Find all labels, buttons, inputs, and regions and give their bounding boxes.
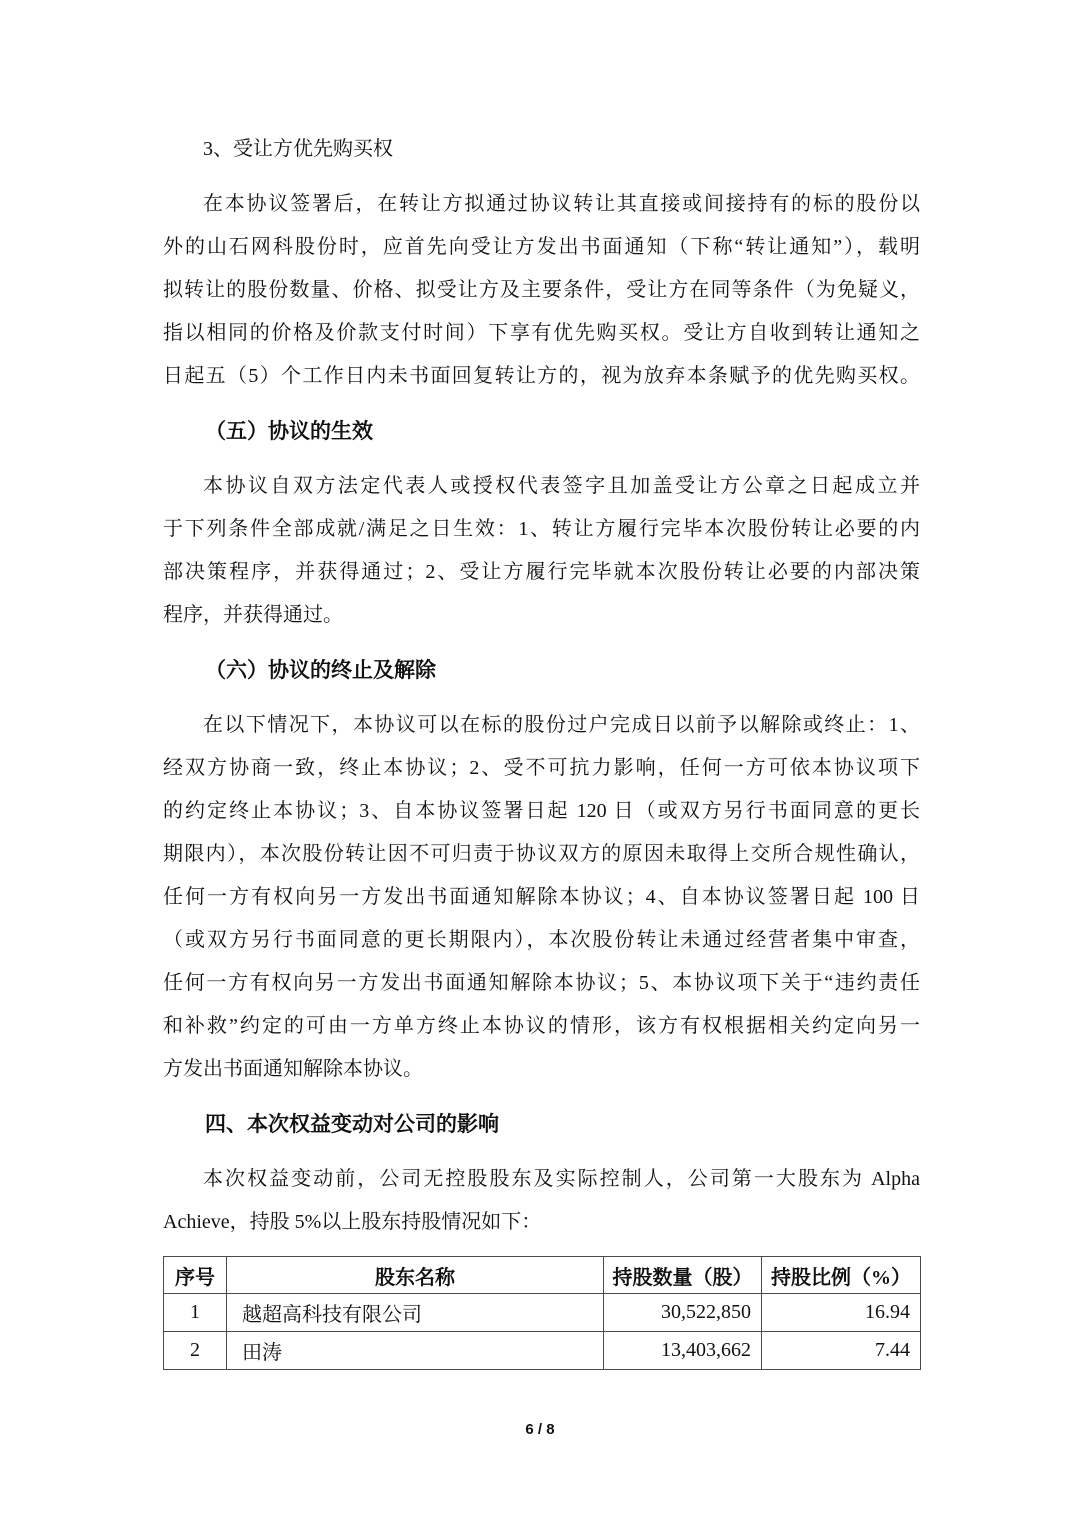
- text-line: 日起五（5）个工作日内未书面回复转让方的，视为放弃本条赋予的优先购买权。: [163, 355, 920, 398]
- text-line: 本次权益变动前，公司无控股股东及实际控制人，公司第一大股东为 Alpha: [163, 1158, 920, 1201]
- table-cell: 1: [164, 1294, 227, 1332]
- table-cell: 越超高科技有限公司: [227, 1294, 604, 1332]
- heading-equity-change-impact: 四、本次权益变动对公司的影响: [163, 1103, 920, 1146]
- paragraph-preemptive-right: 在本协议签署后，在转让方拟通过协议转让其直接或间接持有的标的股份以外的山石网科股…: [163, 183, 920, 398]
- paragraph-agreement-termination: 在以下情况下，本协议可以在标的股份过户完成日以前予以解除或终止：1、经双方协商一…: [163, 704, 920, 1091]
- table-header-index: 序号: [164, 1257, 227, 1294]
- table-row: 1越超高科技有限公司30,522,85016.94: [164, 1294, 921, 1332]
- shareholders-table: 序号 股东名称 持股数量（股） 持股比例（%） 1越超高科技有限公司30,522…: [163, 1256, 921, 1370]
- text-line: 部决策程序，并获得通过；2、受让方履行完毕就本次股份转让必要的内部决策: [163, 551, 920, 594]
- text-line: 在以下情况下，本协议可以在标的股份过户完成日以前予以解除或终止：1、: [163, 704, 920, 747]
- table-cell: 16.94: [762, 1294, 921, 1332]
- text-line: 于下列条件全部成就/满足之日生效：1、转让方履行完毕本次股份转让必要的内: [163, 508, 920, 551]
- text-line: 拟转让的股份数量、价格、拟受让方及主要条件，受让方在同等条件（为免疑义，: [163, 269, 920, 312]
- text-line: 方发出书面通知解除本协议。: [163, 1048, 920, 1091]
- page-number: 6 / 8: [0, 1420, 1080, 1440]
- subheading-preemptive-right: 3、受让方优先购买权: [163, 128, 920, 171]
- text-line: 经双方协商一致，终止本协议；2、受不可抗力影响，任何一方可依本协议项下: [163, 747, 920, 790]
- table-header-shares-held: 持股数量（股）: [604, 1257, 762, 1294]
- paragraph-agreement-effectiveness: 本协议自双方法定代表人或授权代表签字且加盖受让方公章之日起成立并于下列条件全部成…: [163, 465, 920, 637]
- table-header-row: 序号 股东名称 持股数量（股） 持股比例（%）: [164, 1257, 921, 1294]
- table-row: 2田涛13,403,6627.44: [164, 1332, 921, 1370]
- paragraph-equity-change-intro: 本次权益变动前，公司无控股股东及实际控制人，公司第一大股东为 AlphaAchi…: [163, 1158, 920, 1244]
- text-line: 期限内），本次股份转让因不可归责于协议双方的原因未取得上交所合规性确认，: [163, 833, 920, 876]
- page: { "doc": { "sub3_heading": "3、受让方优先购买权",…: [0, 0, 1080, 1529]
- text-line: 在本协议签署后，在转让方拟通过协议转让其直接或间接持有的标的股份以: [163, 183, 920, 226]
- text-line: 程序，并获得通过。: [163, 594, 920, 637]
- text-line: 的约定终止本协议；3、自本协议签署日起 120 日（或双方另行书面同意的更长: [163, 790, 920, 833]
- heading-agreement-effectiveness: （五）协议的生效: [163, 410, 920, 453]
- text-line: 指以相同的价格及价款支付时间）下享有优先购买权。受让方自收到转让通知之: [163, 312, 920, 355]
- text-line: 任何一方有权向另一方发出书面通知解除本协议；4、自本协议签署日起 100 日: [163, 876, 920, 919]
- text-line: 和补救”约定的可由一方单方终止本协议的情形，该方有权根据相关约定向另一: [163, 1005, 920, 1048]
- text-line: 本协议自双方法定代表人或授权代表签字且加盖受让方公章之日起成立并: [163, 465, 920, 508]
- table-header-shareholder-name: 股东名称: [227, 1257, 604, 1294]
- table-cell: 30,522,850: [604, 1294, 762, 1332]
- table-cell: 2: [164, 1332, 227, 1370]
- table-header-shareholding-ratio: 持股比例（%）: [762, 1257, 921, 1294]
- text-line: Achieve，持股 5%以上股东持股情况如下：: [163, 1201, 920, 1244]
- table-cell: 7.44: [762, 1332, 921, 1370]
- text-line: （或双方另行书面同意的更长期限内），本次股份转让未通过经营者集中审查，: [163, 919, 920, 962]
- table-cell: 田涛: [227, 1332, 604, 1370]
- text-line: 任何一方有权向另一方发出书面通知解除本协议；5、本协议项下关于“违约责任: [163, 962, 920, 1005]
- heading-agreement-termination: （六）协议的终止及解除: [163, 649, 920, 692]
- text-line: 外的山石网科股份时，应首先向受让方发出书面通知（下称“转让通知”），载明: [163, 226, 920, 269]
- table-cell: 13,403,662: [604, 1332, 762, 1370]
- document-body: 3、受让方优先购买权 在本协议签署后，在转让方拟通过协议转让其直接或间接持有的标…: [0, 0, 1080, 1529]
